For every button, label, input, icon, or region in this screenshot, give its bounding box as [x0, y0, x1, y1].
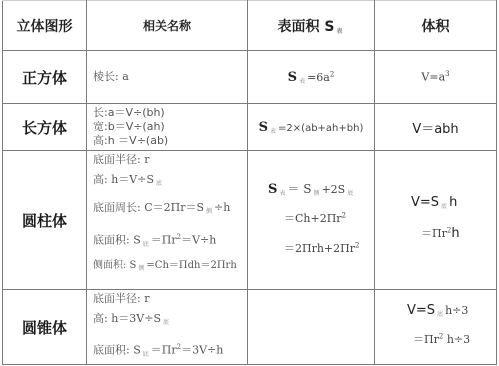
subscript: 底: [143, 241, 149, 248]
cube-surface-area: S表=6a2: [248, 51, 375, 104]
text: V=S: [411, 195, 439, 210]
text: 高: h＝3V÷S: [93, 312, 161, 325]
text: ＝2Πrh+2Πr: [284, 242, 355, 255]
cone-base-radius: 底面半径: r: [93, 292, 247, 312]
subscript: 表: [279, 190, 285, 197]
symbol-s: S: [259, 120, 268, 135]
text: +2S: [321, 183, 345, 196]
text: ＝Πr: [421, 227, 447, 240]
text: =Ch＝Πdh＝2Πrh: [146, 260, 236, 271]
table-row-cube: 正方体 棱长: a S表=6a2 V=a3: [3, 51, 497, 104]
cone-volume-line2: ＝Πr2 h÷3: [375, 331, 496, 351]
text: 侧面积: S: [93, 260, 136, 271]
cuboid-height: 高:h ＝V÷(ab): [93, 134, 247, 148]
header-related-names: 相关名称: [87, 1, 248, 51]
header-surface-area: 表面积 S表: [248, 1, 375, 51]
cylinder-base-area: 底面积: S底＝Πr2＝V÷h: [93, 230, 247, 259]
cylinder-height: 高: h＝V÷S底: [93, 173, 247, 201]
formula-text: =2×(ab+ah+bh): [278, 123, 363, 134]
superscript: 2: [355, 241, 359, 249]
subscript: 底: [156, 180, 162, 187]
cylinder-base-radius: 底面半径: r: [93, 153, 247, 173]
cylinder-surface-area: S表＝ S侧+2S底 ＝Ch+2Πr2 ＝2Πrh+2Πr2: [248, 151, 375, 290]
header-volume: 体积: [375, 1, 497, 51]
cone-volume-line1: V=S底h÷3: [375, 303, 496, 331]
superscript: 2: [342, 211, 346, 219]
cylinder-surface-line3: ＝2Πrh+2Πr2: [248, 240, 374, 260]
cube-names: 棱长: a: [87, 51, 248, 104]
subscript: 侧: [206, 208, 212, 215]
table-row-cuboid: 长方体 长:a＝V÷(bh) 宽:b＝V÷(ah) 高:h ＝V÷(ab) S表…: [3, 104, 497, 151]
subscript: 底: [437, 311, 443, 318]
shape-cone: 圆锥体: [3, 290, 87, 365]
text: V=S: [407, 303, 435, 318]
cylinder-base-circumference: 底面周长: C＝2Πr＝S侧÷h: [93, 201, 247, 230]
header-surface-area-sub: 表: [336, 28, 342, 35]
text: ＝Ch+2Πr: [284, 212, 342, 225]
cylinder-volume-line2: ＝Πr2h: [375, 225, 496, 245]
text: h: [451, 226, 459, 241]
text: ＝Πr: [151, 234, 177, 247]
cylinder-surface-line2: ＝Ch+2Πr2: [248, 210, 374, 240]
text: ＝3V÷h: [181, 344, 223, 357]
text: h÷3: [443, 333, 470, 346]
table-row-cylinder: 圆柱体 底面半径: r 高: h＝V÷S底 底面周长: C＝2Πr＝S侧÷h 底…: [3, 151, 497, 290]
symbol-s: S: [288, 70, 297, 85]
cuboid-names: 长:a＝V÷(bh) 宽:b＝V÷(ah) 高:h ＝V÷(ab): [87, 104, 248, 151]
cone-surface-area: [248, 290, 375, 365]
text: ＝Πr: [151, 344, 177, 357]
header-solid-shape: 立体图形: [3, 1, 87, 51]
text: ＝ S: [287, 182, 311, 196]
symbol-s: S: [268, 182, 277, 197]
header-row: 立体图形 相关名称 表面积 S表 体积: [3, 1, 497, 51]
superscript: 2: [330, 70, 334, 78]
header-surface-area-label: 表面积 S: [278, 19, 335, 35]
superscript: 3: [445, 70, 449, 78]
text: ÷h: [214, 201, 230, 214]
text: h÷3: [445, 304, 468, 317]
subscript: 表: [299, 78, 305, 85]
cylinder-surface-line1: S表＝ S侧+2S底: [248, 180, 374, 210]
formula-text: =6a: [307, 71, 330, 84]
cuboid-length: 长:a＝V÷(bh): [93, 106, 247, 120]
cuboid-surface-area: S表=2×(ab+ah+bh): [248, 104, 375, 151]
cuboid-volume: V＝abh: [375, 104, 497, 151]
text: 底面半径: r: [93, 292, 149, 305]
cone-height: 高: h＝3V÷S底: [93, 312, 247, 340]
cube-edge-length: 棱长: a: [93, 70, 247, 84]
cylinder-volume: V=S底h ＝Πr2h: [375, 151, 497, 290]
subscript: 底: [441, 203, 447, 210]
text: 底面积: S: [93, 344, 141, 357]
subscript: 底: [143, 351, 149, 358]
subscript: 底: [347, 190, 353, 197]
cylinder-lateral-area: 侧面积: S侧=Ch＝Πdh＝2Πrh: [93, 259, 247, 279]
table-row-cone: 圆锥体 底面半径: r 高: h＝3V÷S底 底面积: S底＝Πr2＝3V÷h …: [3, 290, 497, 365]
subscript: 侧: [313, 190, 319, 197]
formula-text: V=a: [421, 71, 445, 84]
text: 底面积: S: [93, 234, 141, 247]
cuboid-width: 宽:b＝V÷(ah): [93, 120, 247, 134]
text: ＝Πr: [413, 333, 439, 346]
cone-names: 底面半径: r 高: h＝3V÷S底 底面积: S底＝Πr2＝3V÷h: [87, 290, 248, 365]
cone-volume: V=S底h÷3 ＝Πr2 h÷3: [375, 290, 497, 365]
cube-volume: V=a3: [375, 51, 497, 104]
text: ＝V÷h: [181, 234, 216, 247]
shape-cuboid: 长方体: [3, 104, 87, 151]
subscript: 侧: [138, 265, 144, 272]
cylinder-names: 底面半径: r 高: h＝V÷S底 底面周长: C＝2Πr＝S侧÷h 底面积: …: [87, 151, 248, 290]
subscript: 底: [163, 319, 169, 326]
solid-geometry-formula-table: 立体图形 相关名称 表面积 S表 体积 正方体 棱长: a S表=6a2 V=a…: [2, 0, 497, 365]
text: 底面周长: C＝2Πr＝S: [93, 201, 204, 214]
cylinder-volume-line1: V=S底h: [375, 195, 496, 225]
shape-cube: 正方体: [3, 51, 87, 104]
shape-cylinder: 圆柱体: [3, 151, 87, 290]
subscript: 表: [270, 128, 276, 135]
cone-base-area: 底面积: S底＝Πr2＝3V÷h: [93, 340, 247, 360]
text: 高: h＝V÷S: [93, 173, 154, 186]
text: 底面半径: r: [93, 153, 149, 166]
text: h: [449, 195, 457, 210]
